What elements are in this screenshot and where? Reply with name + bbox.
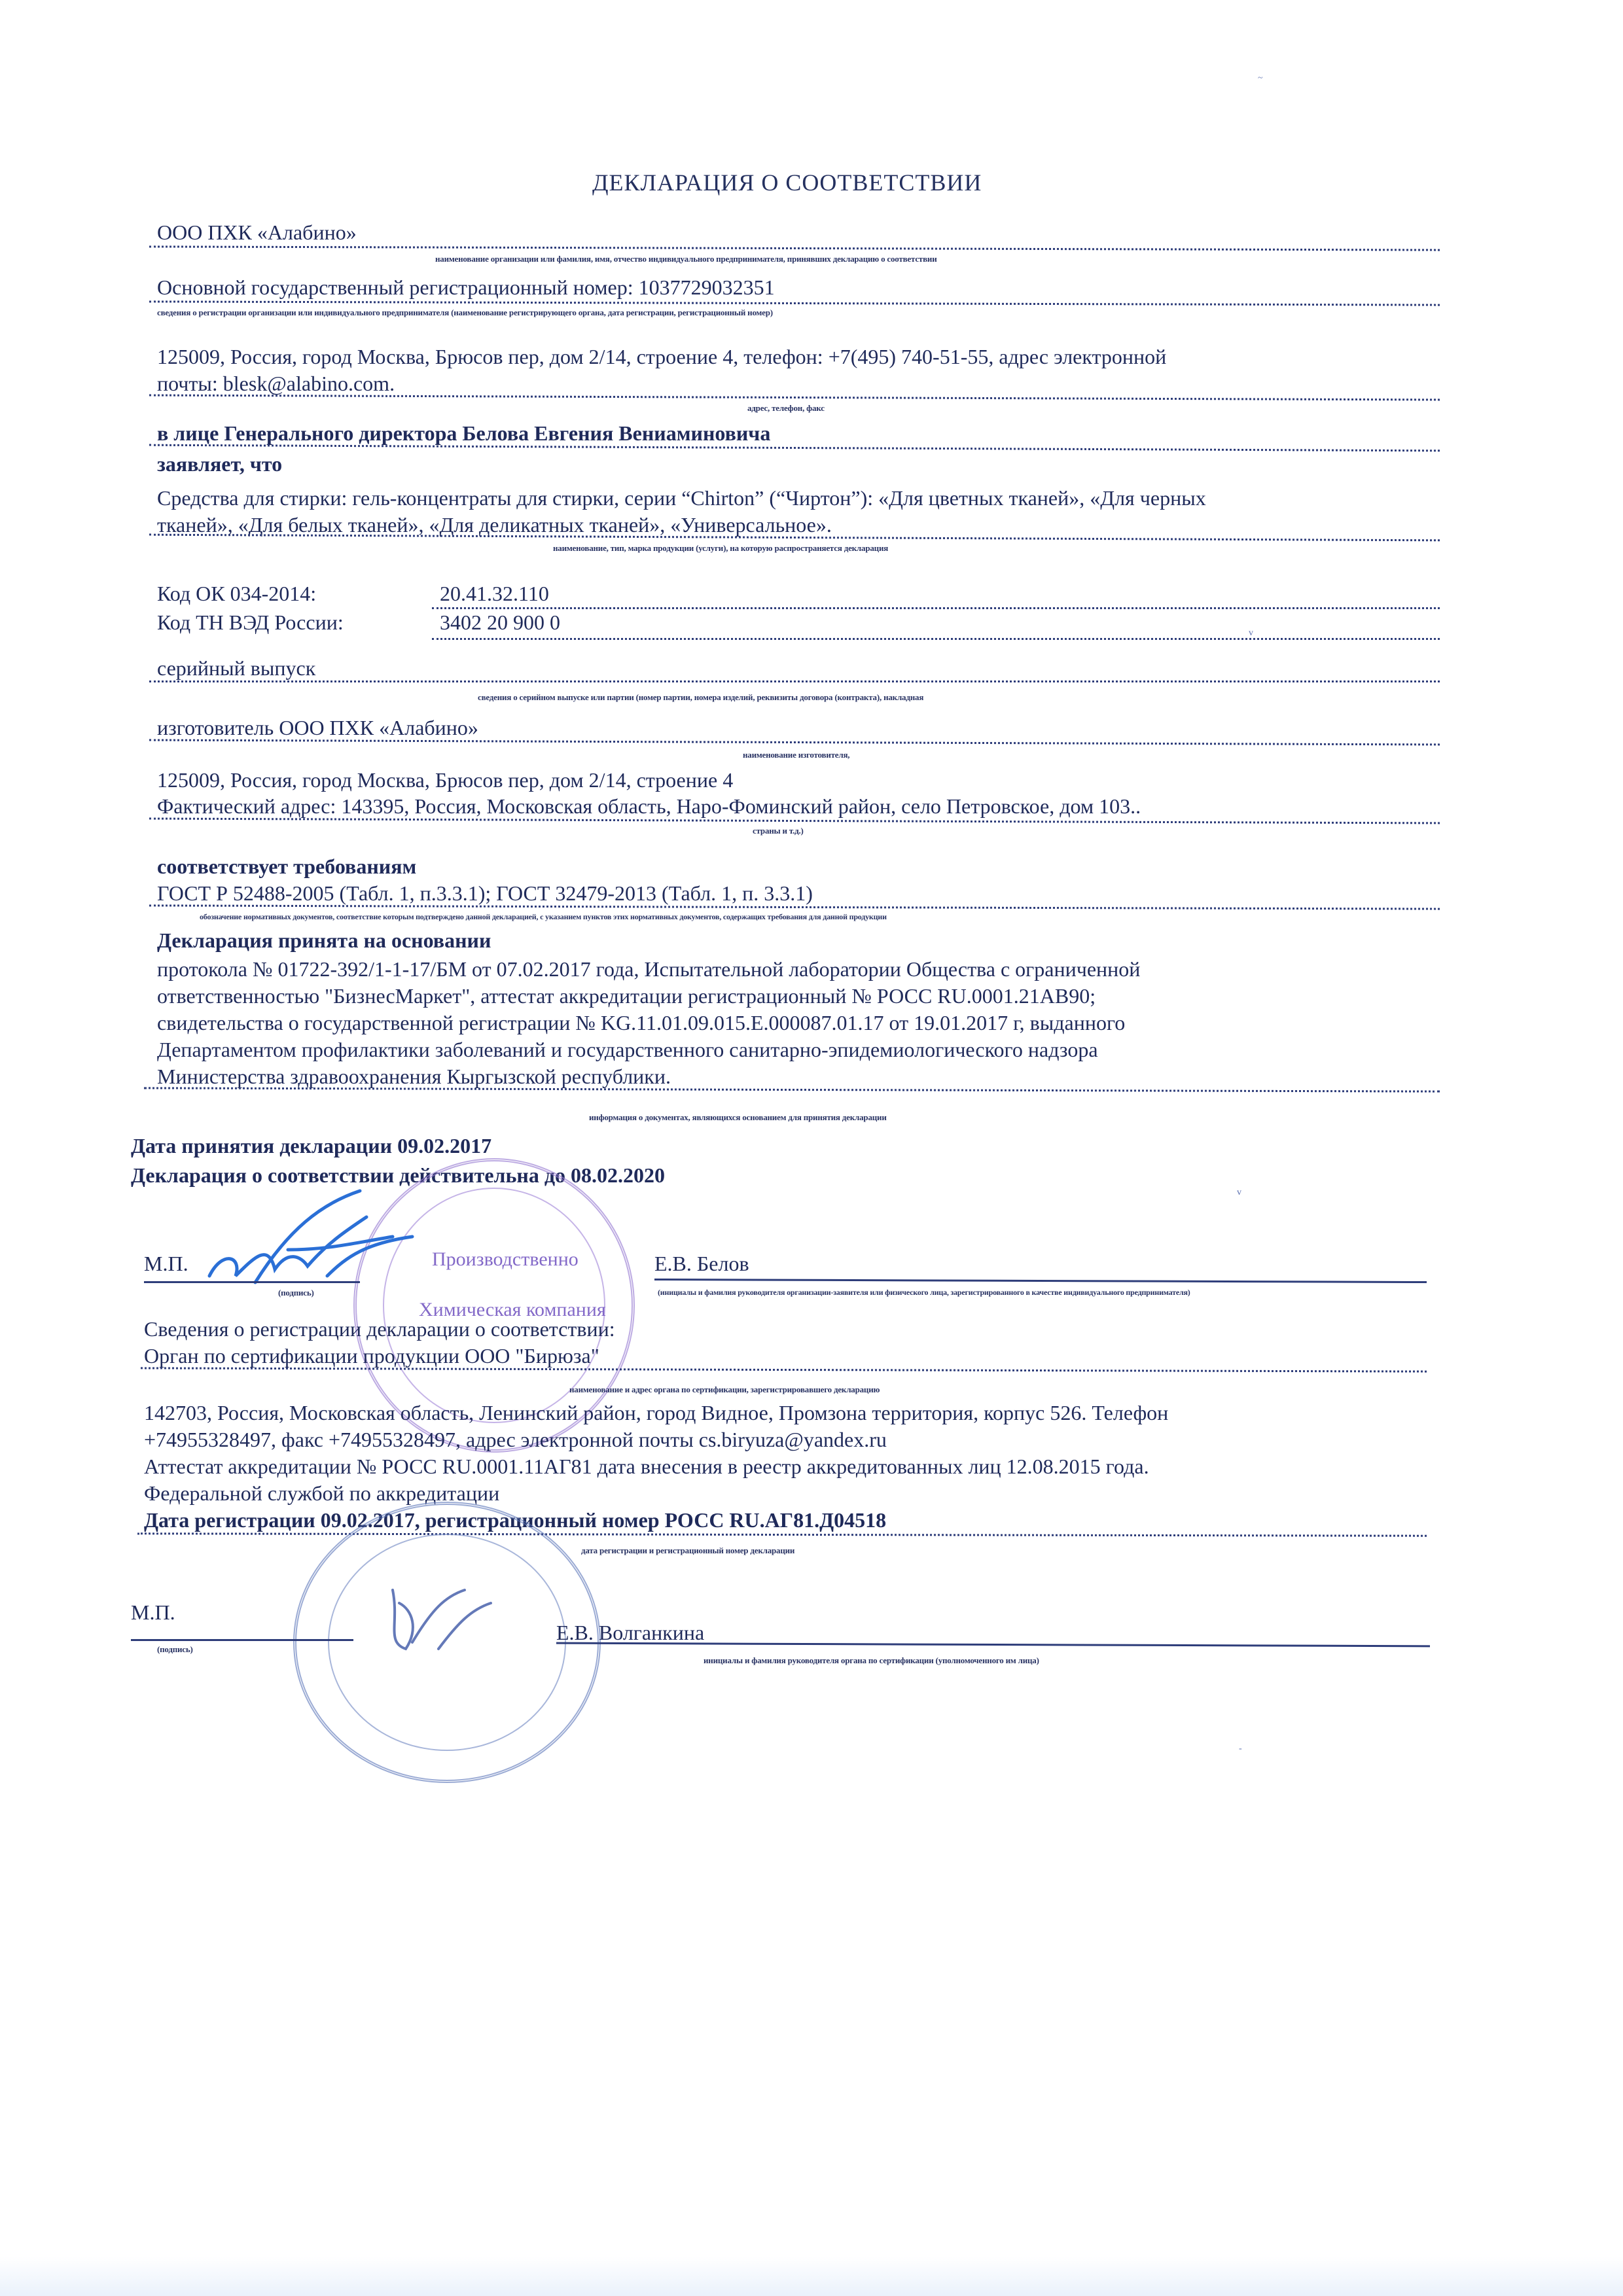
certification-body-caption: наименование и адрес органа по сертифика… [569,1385,880,1395]
applicant-address-caption: адрес, телефон, факс [747,403,825,414]
dotted-rule [149,680,1440,682]
basis-line-5: Министерства здравоохранения Кыргызской … [157,1064,671,1089]
conformity-label: соответствует требованиям [157,854,416,879]
manufacturer-name: изготовитель ООО ПХК «Алабино» [157,715,478,740]
basis-line-4: Департаментом профилактики заболеваний и… [157,1037,1098,1062]
dotted-rule [149,739,1440,746]
signature-volgankina [373,1570,504,1669]
basis-line-1: протокола № 01722-392/1-1-17/БМ от 07.02… [157,957,1140,981]
applicant-ogrn-caption: сведения о регистрации организации или и… [157,308,773,318]
dotted-rule [149,444,1440,452]
sign-caption-2: (подпись) [157,1644,193,1655]
dotted-rule [149,395,1440,401]
scan-edge [0,2257,1623,2296]
manufacturer-caption: наименование изготовителя, [743,750,849,760]
release-type: серийный выпуск [157,656,315,680]
dotted-rule [144,1087,1440,1092]
tnved-code-value: 3402 20 900 0 [440,610,560,635]
dotted-rule [432,638,1440,640]
basis-line-2: ответственностью "БизнесМаркет", аттеста… [157,983,1096,1008]
dotted-rule [149,818,1440,824]
dotted-rule [137,1532,1427,1536]
signer-name-2: Е.В. Волганкина [556,1620,704,1645]
scan-speck: v [1249,628,1253,639]
scan-speck: ~ [1258,73,1263,84]
name-caption-2: инициалы и фамилия руководителя органа п… [704,1655,1039,1666]
signature-line-1 [144,1281,360,1283]
name-caption-1: (инициалы и фамилия руководителя организ… [658,1288,1190,1298]
document-title: ДЕКЛАРАЦИЯ О СООТВЕТСТВИИ [592,169,982,196]
product-line2: тканей», «Для белых тканей», «Для делика… [157,512,832,537]
signature-line-2 [131,1639,353,1641]
applicant-ogrn: Основной государственный регистрационный… [157,275,775,300]
applicant-address-line2: почты: blesk@alabino.com. [157,371,395,396]
basis-line-3: свидетельства о государственной регистра… [157,1010,1125,1035]
release-caption: сведения о серийном выпуске или партии (… [478,692,923,703]
applicant-name-caption: наименование организации или фамилия, им… [435,254,937,264]
manufacturer-address-line2: Фактический адрес: 143395, Россия, Моско… [157,794,1141,819]
certification-body: Орган по сертификации продукции ООО "Бир… [144,1343,599,1368]
registration-number-caption: дата регистрации и регистрационный номер… [581,1545,794,1556]
accreditation-line1: Аттестат аккредитации № РОСС RU.0001.11А… [144,1454,1149,1479]
tnved-code-label: Код ТН ВЭД России: [157,610,344,635]
applicant-address-line1: 125009, Россия, город Москва, Брюсов пер… [157,344,1166,369]
sign-caption-1: (подпись) [278,1288,314,1298]
declares-label: заявляет, что [157,451,282,476]
dotted-rule [149,245,1440,251]
product-line1: Средства для стирки: гель-концентраты дл… [157,486,1206,510]
name-line-1 [654,1279,1427,1283]
company-stamp-text: Производственно [432,1248,579,1271]
signer-name-1: Е.В. Белов [654,1251,749,1276]
basis-label: Декларация принята на основании [157,928,491,953]
certification-address-line2: +74955328497, факс +74955328497, адрес э… [144,1427,887,1452]
basis-caption: информация о документах, являющихся осно… [589,1112,887,1123]
scan-speck: v [1237,1188,1241,1198]
dotted-rule [149,300,1440,306]
product-caption: наименование, тип, марка продукции (услу… [553,543,888,554]
represented-by: в лице Генерального директора Белова Евг… [157,421,770,446]
declaration-accepted-date: Дата принятия декларации 09.02.2017 [131,1133,491,1158]
signature-belov [196,1178,445,1302]
seal-place-label-1: М.П. [144,1251,188,1276]
applicant-name: ООО ПХК «Алабино» [157,220,357,245]
scan-speck: - [1239,1744,1242,1754]
seal-place-label-2: М.П. [131,1600,175,1625]
manufacturer-address-line1: 125009, Россия, город Москва, Брюсов пер… [157,768,733,792]
dotted-rule [141,1367,1427,1372]
conformity-standards: ГОСТ Р 52488-2005 (Табл. 1, п.3.3.1); ГО… [157,881,813,906]
manufacturer-address-caption: страны и т.д.) [753,826,804,836]
ok-code-label: Код ОК 034-2014: [157,581,316,606]
conformity-caption: обозначение нормативных документов, соот… [200,912,887,922]
registration-label: Сведения о регистрации декларации о соот… [144,1316,615,1341]
ok-code-value: 20.41.32.110 [440,581,549,606]
certification-address-line1: 142703, Россия, Московская область, Лени… [144,1400,1168,1425]
dotted-rule [432,607,1440,609]
